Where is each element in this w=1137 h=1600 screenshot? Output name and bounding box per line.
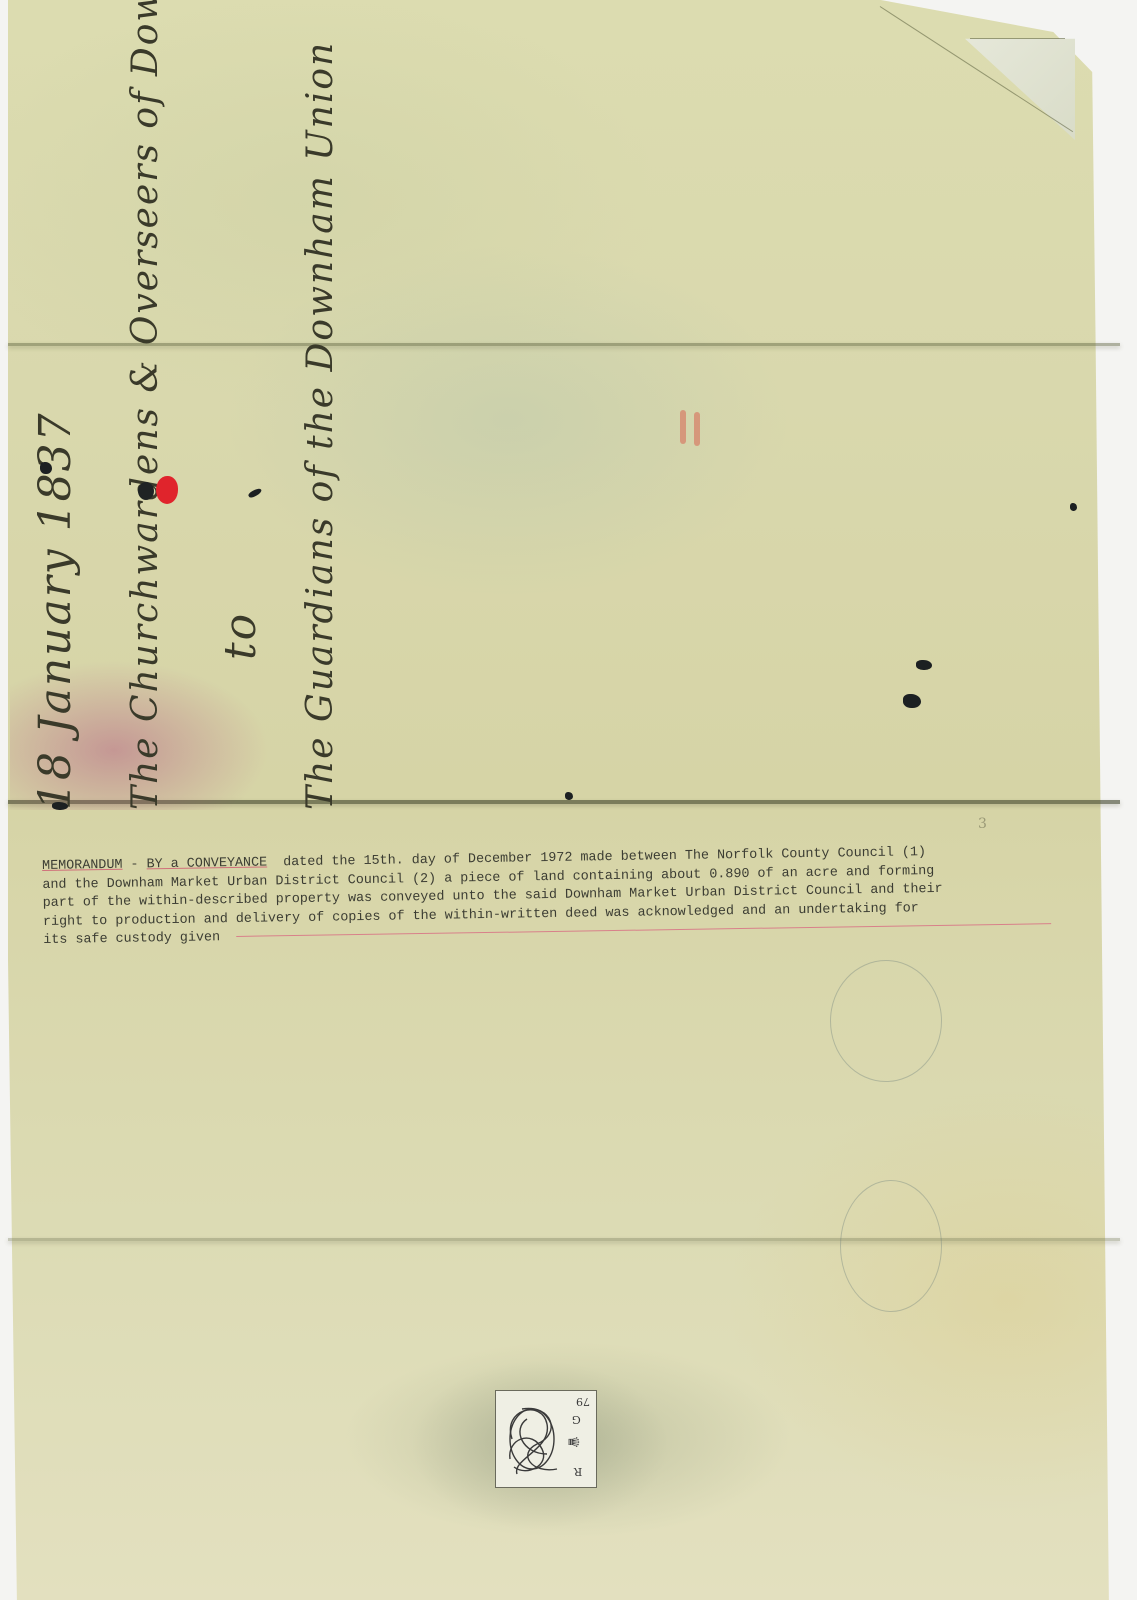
stamp-letter-r: R bbox=[574, 1465, 582, 1478]
revenue-duty-stamp: 79 G ♛ R bbox=[495, 1390, 597, 1488]
red-wax-seal bbox=[156, 476, 178, 504]
ink-blot bbox=[565, 792, 573, 800]
endorsement-to: to bbox=[215, 612, 266, 660]
black-wax-seal bbox=[138, 482, 154, 500]
crown-icon: ♛ bbox=[562, 1437, 584, 1448]
ink-blot bbox=[52, 802, 68, 810]
pencil-show-through bbox=[840, 1180, 942, 1312]
memorandum-conveyance: BY a CONVEYANCE bbox=[146, 855, 267, 872]
red-pencil-mark bbox=[680, 410, 686, 444]
fold-line-lower bbox=[8, 1238, 1120, 1241]
handwritten-endorsement: 18 January 1837 The Churchwardens & Over… bbox=[30, 350, 410, 810]
endorsement-parties-to: The Guardians of the Downham Union bbox=[300, 41, 341, 810]
pencil-show-through bbox=[830, 960, 942, 1082]
red-pencil-mark bbox=[694, 412, 700, 446]
cipher-knot-icon bbox=[502, 1399, 564, 1479]
ink-blot bbox=[1070, 503, 1077, 511]
memorandum-block: MEMORANDUM - BY a CONVEYANCE dated the 1… bbox=[42, 842, 1093, 951]
stamp-number: 79 bbox=[576, 1395, 590, 1408]
page-mark: 3 bbox=[978, 816, 987, 832]
endorsement-date: 18 January 1837 bbox=[30, 411, 81, 810]
memorandum-heading: MEMORANDUM bbox=[42, 858, 123, 874]
corner-crease bbox=[970, 38, 1065, 39]
stamp-letter-g: G bbox=[572, 1413, 581, 1426]
endorsement-parties-from: The Churchwardens & Overseers of Downham bbox=[125, 0, 166, 810]
ink-blot bbox=[916, 660, 932, 670]
fold-line-upper bbox=[8, 343, 1120, 346]
ink-blot bbox=[903, 694, 921, 708]
ink-blot bbox=[40, 462, 52, 474]
